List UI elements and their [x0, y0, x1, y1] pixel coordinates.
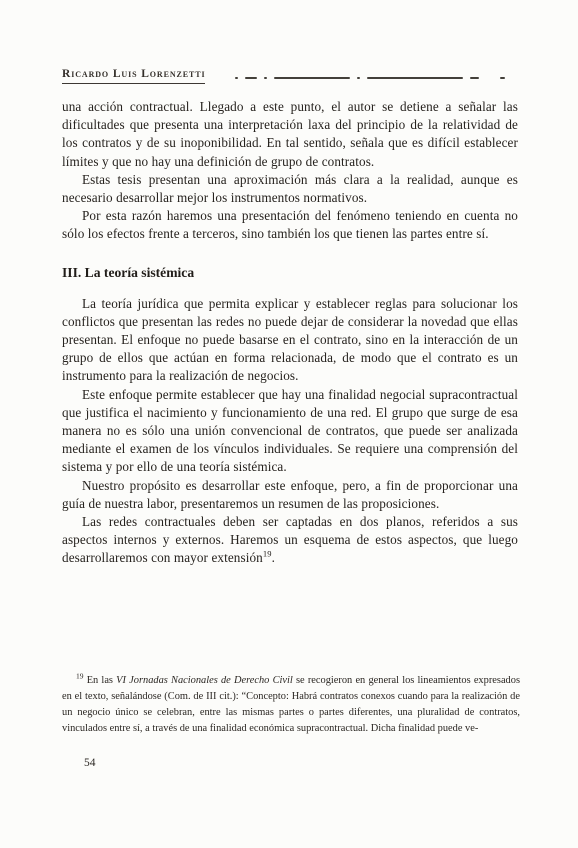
paragraph: Este enfoque permite establecer que hay …: [62, 386, 518, 477]
paragraph: Nuestro propósito es desarrollar este en…: [62, 477, 518, 513]
paragraph-text-end: .: [272, 550, 275, 565]
running-header-author: Ricardo Luis Lorenzetti: [62, 68, 205, 84]
paragraph: Por esta razón haremos una presentación …: [62, 207, 518, 243]
book-page: Ricardo Luis Lorenzetti una acción contr…: [0, 0, 578, 848]
paragraph-with-footnote-ref: Las redes contractuales deben ser captad…: [62, 513, 518, 568]
page-number: 54: [84, 757, 96, 769]
paragraph: Estas tesis presentan una aproximación m…: [62, 171, 518, 207]
section-heading: III. La teoría sistémica: [62, 264, 518, 282]
footnote-work-title: VI Jornadas Nacionales de Derecho Civil: [116, 675, 293, 686]
paragraph-continuation: una acción contractual. Llegado a este p…: [62, 98, 518, 171]
paragraph-text: Las redes contractuales deben ser captad…: [62, 514, 518, 565]
footnote: 19 En las VI Jornadas Nacionales de Dere…: [62, 673, 520, 737]
footnote-intro: En las: [84, 675, 117, 686]
footnote-number: 19: [76, 672, 84, 681]
body-text: una acción contractual. Llegado a este p…: [62, 98, 518, 568]
running-header: Ricardo Luis Lorenzetti: [62, 68, 518, 84]
paragraph: La teoría jurídica que permita explicar …: [62, 295, 518, 386]
header-rule: [235, 77, 518, 84]
footnote-ref-marker: 19: [263, 549, 272, 559]
